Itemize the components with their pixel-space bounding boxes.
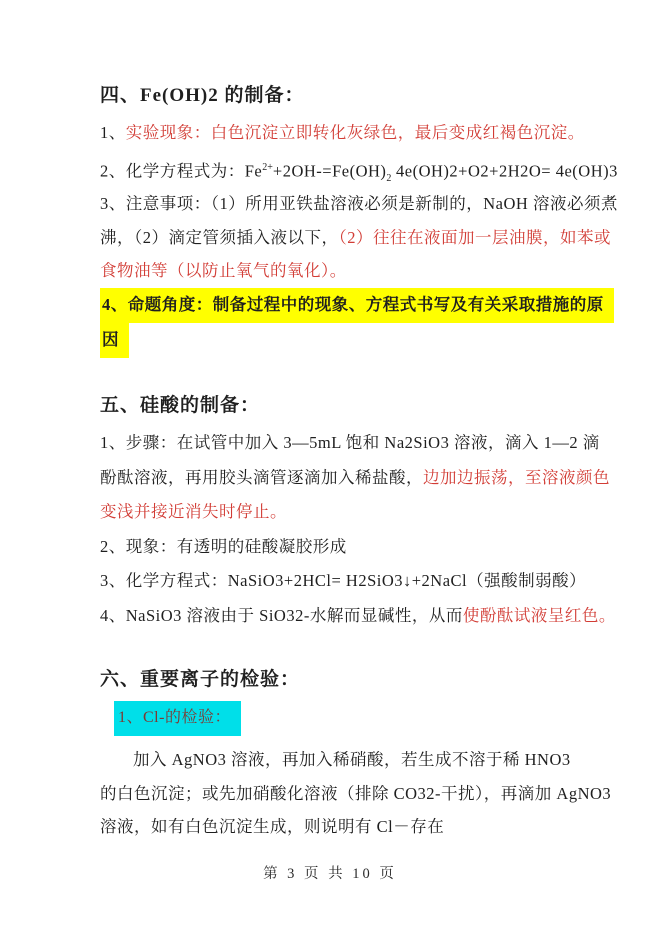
section6-item1-highlight: 1、Cl-的检验： <box>114 701 241 736</box>
yellow-highlight-line1: 4、命题角度：制备过程中的现象、方程式书写及有关采取措施的原 <box>100 288 614 323</box>
s6-para-line2-text: 的白色沉淀；或先加硝酸化溶液（排除 CO32-干扰），再滴加 AgNO3 <box>100 784 611 803</box>
cyan-highlight-cl-test: 1、Cl-的检验： <box>114 701 241 736</box>
s5-item4-red: 使酚酞试液呈红色。 <box>463 606 616 625</box>
section4-heading: 四、Fe(OH)2 的制备： <box>100 84 305 108</box>
section5-item3-equation: 3、化学方程式：NaSiO3+2HCl= H2SiO3↓+2NaCl（强酸制弱酸… <box>100 569 586 593</box>
section6-para-line3: 溶液，如有白色沉淀生成，则说明有 Cl－存在 <box>100 815 444 839</box>
item3-line1-text: 3、注意事项：（1）所用亚铁盐溶液必须是新制的，NaOH 溶液必须煮 <box>100 194 618 213</box>
section5-heading-text: 五、硅酸的制备： <box>100 395 260 416</box>
section4-item1: 1、实验现象：白色沉淀立即转化灰绿色，最后变成红褐色沉淀。 <box>100 121 585 145</box>
page-number-text: 第 3 页 共 10 页 <box>263 866 397 882</box>
section4-item3-line3: 食物油等（以防止氧气的氧化）。 <box>100 259 347 283</box>
section5-item1-line1: 1、步骤：在试管中加入 3—5mL 饱和 Na2SiO3 溶液，滴入 1—2 滴 <box>100 431 600 455</box>
section4-heading-text: 四、Fe(OH)2 的制备： <box>100 85 305 106</box>
yellow-highlight-line2: 因 <box>100 323 129 358</box>
item3-line2-red: （2）往往在液面加一层油膜，如苯或 <box>339 228 612 247</box>
section6-para-line1: 加入 AgNO3 溶液，再加入稀硝酸，若生成不溶于稀 HNO3 <box>133 748 571 772</box>
section6-heading-text: 六、重要离子的检验： <box>100 669 300 690</box>
s5-item2-text: 2、现象：有透明的硅酸凝胶形成 <box>100 537 347 556</box>
item3-line3-red: 食物油等（以防止氧气的氧化）。 <box>100 261 347 280</box>
s5-item1-line3-red: 变浅并接近消失时停止。 <box>100 502 287 521</box>
item3-line2-black: 沸，（2）滴定管须插入液以下， <box>100 228 339 247</box>
s6-para-line1-text: 加入 AgNO3 溶液，再加入稀硝酸，若生成不溶于稀 HNO3 <box>133 750 571 769</box>
formula-rest: 4e(OH)2+O2+2H2O= 4e(OH)3 <box>391 162 617 181</box>
s6-para-line3-text: 溶液，如有白色沉淀生成，则说明有 Cl－存在 <box>100 817 444 836</box>
section4-item3-line2: 沸，（2）滴定管须插入液以下，（2）往往在液面加一层油膜，如苯或 <box>100 226 611 250</box>
section4-item2-equation: 2、化学方程式为：Fe2++2OH-=Fe(OH)2 4e(OH)2+O2+2H… <box>100 156 618 191</box>
formula-fe: Fe <box>245 162 263 181</box>
s5-item1-line2-red: 边加边振荡，至溶液颜色 <box>423 468 610 487</box>
section5-item1-line2: 酚酞溶液，再用胶头滴管逐滴加入稀盐酸，边加边振荡，至溶液颜色 <box>100 466 610 490</box>
s5-item1-line1-text: 1、步骤：在试管中加入 3—5mL 饱和 Na2SiO3 溶液，滴入 1—2 滴 <box>100 433 600 452</box>
section5-item1-line3: 变浅并接近消失时停止。 <box>100 500 287 524</box>
item1-red-text: 实验现象：白色沉淀立即转化灰绿色，最后变成红褐色沉淀。 <box>126 123 585 142</box>
s5-item1-line2-black: 酚酞溶液，再用胶头滴管逐滴加入稀盐酸， <box>100 468 423 487</box>
section5-item2: 2、现象：有透明的硅酸凝胶形成 <box>100 535 347 559</box>
item2-label: 2、化学方程式为： <box>100 162 245 181</box>
section4-item3-line1: 3、注意事项：（1）所用亚铁盐溶液必须是新制的，NaOH 溶液必须煮 <box>100 192 618 216</box>
section6-heading: 六、重要离子的检验： <box>100 668 300 692</box>
s5-item3-text: 3、化学方程式：NaSiO3+2HCl= H2SiO3↓+2NaCl（强酸制弱酸… <box>100 571 586 590</box>
item1-number: 1、 <box>100 123 126 142</box>
section6-para-line2: 的白色沉淀；或先加硝酸化溶液（排除 CO32-干扰），再滴加 AgNO3 <box>100 782 611 806</box>
section5-item4: 4、NaSiO3 溶液由于 SiO32-水解而显碱性，从而使酚酞试液呈红色。 <box>100 604 616 628</box>
section4-item4-highlight-line1: 4、命题角度：制备过程中的现象、方程式书写及有关采取措施的原 <box>100 288 614 323</box>
formula-superscript: 2+ <box>262 162 273 173</box>
page-number-footer: 第 3 页 共 10 页 <box>0 862 660 883</box>
s5-item4-black: 4、NaSiO3 溶液由于 SiO32-水解而显碱性，从而 <box>100 606 463 625</box>
section5-heading: 五、硅酸的制备： <box>100 394 260 418</box>
formula-mid: +2OH-=Fe(OH) <box>273 162 387 181</box>
document-page: 四、Fe(OH)2 的制备： 1、实验现象：白色沉淀立即转化灰绿色，最后变成红褐… <box>0 0 660 934</box>
section4-item4-highlight-line2: 因 <box>100 323 129 358</box>
